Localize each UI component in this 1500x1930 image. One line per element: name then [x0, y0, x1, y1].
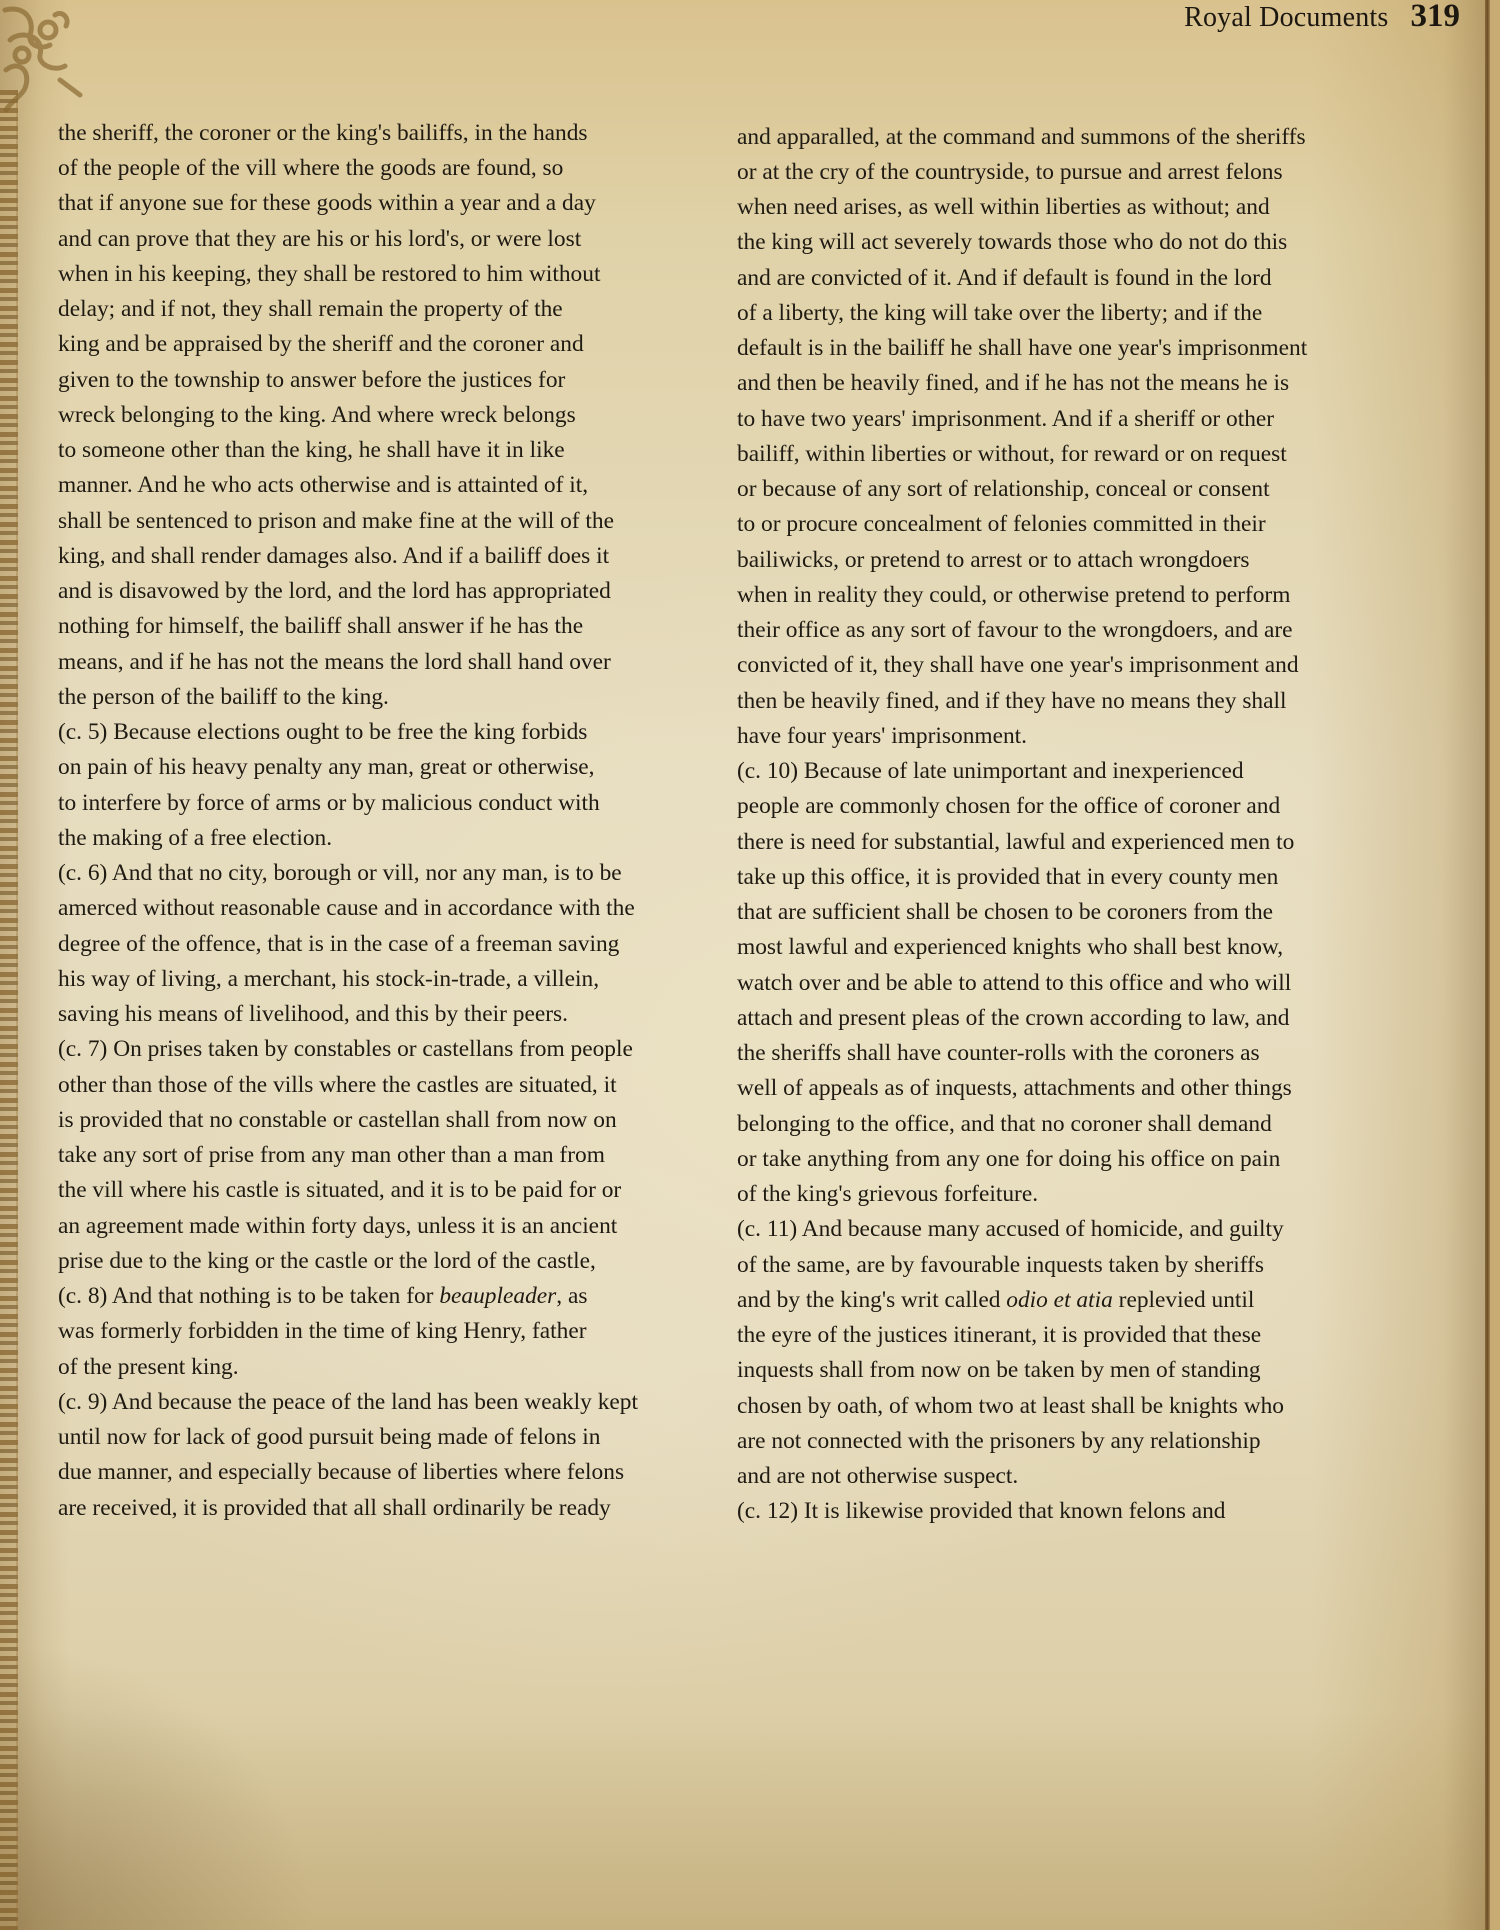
text-line: saving his means of livelihood, and this… [58, 997, 568, 1032]
text-line: there is need for substantial, lawful an… [737, 825, 1294, 860]
text-line: the king will act severely towards those… [737, 225, 1287, 260]
text-line: to or procure concealment of felonies co… [737, 507, 1266, 542]
text-line: of the king's grievous forfeiture. [737, 1177, 1038, 1212]
section-c11-start: (c. 11) And because many accused of homi… [737, 1212, 1284, 1247]
text-line: amerced without reasonable cause and in … [58, 891, 635, 926]
text-run: replevied until [1113, 1287, 1255, 1313]
text-line: when in his keeping, they shall be resto… [58, 257, 600, 292]
text-line: given to the township to answer before t… [58, 363, 565, 398]
text-line: and is disavowed by the lord, and the lo… [58, 574, 611, 609]
page-edge-shadow [1310, 0, 1500, 1930]
text-line: watch over and be able to attend to this… [737, 966, 1291, 1001]
text-run: (c. 8) And that nothing is to be taken f… [58, 1283, 439, 1309]
section-c12-start: (c. 12) It is likewise provided that kno… [737, 1494, 1226, 1529]
section-c10-start: (c. 10) Because of late unimportant and … [737, 754, 1244, 789]
corner-shadow [0, 1480, 600, 1930]
text-line: of a liberty, the king will take over th… [737, 296, 1262, 331]
text-line: bailiff, within liberties or without, fo… [737, 437, 1287, 472]
page-number: 319 [1411, 0, 1461, 35]
text-line: when need arises, as well within liberti… [737, 190, 1270, 225]
page-edge-line [1485, 0, 1490, 1930]
text-line: attach and present pleas of the crown ac… [737, 1001, 1290, 1036]
text-line: that are sufficient shall be chosen to b… [737, 895, 1273, 930]
section-c7-start: (c. 7) On prises taken by constables or … [58, 1032, 633, 1067]
text-line: that if anyone sue for these goods withi… [58, 186, 596, 221]
text-line: to have two years' imprisonment. And if … [737, 402, 1274, 437]
text-line: degree of the offence, that is in the ca… [58, 927, 619, 962]
text-line: chosen by oath, of whom two at least sha… [737, 1389, 1284, 1424]
text-line: delay; and if not, they shall remain the… [58, 292, 563, 327]
text-line: prise due to the king or the castle or t… [58, 1244, 596, 1279]
text-line: have four years' imprisonment. [737, 719, 1027, 754]
text-line: then be heavily fined, and if they have … [737, 684, 1287, 719]
text-line: the sheriff, the coroner or the king's b… [58, 116, 588, 151]
text-line: shall be sentenced to prison and make fi… [58, 504, 614, 539]
section-c8-start: (c. 8) And that nothing is to be taken f… [58, 1279, 587, 1314]
text-line: of the people of the vill where the good… [58, 151, 563, 186]
text-line: inquests shall from now on be taken by m… [737, 1353, 1261, 1388]
text-line: and by the king's writ called odio et at… [737, 1283, 1254, 1318]
text-line: and are not otherwise suspect. [737, 1459, 1018, 1494]
text-line: is provided that no constable or castell… [58, 1103, 617, 1138]
text-line: until now for lack of good pursuit being… [58, 1420, 600, 1455]
text-line: king, and shall render damages also. And… [58, 539, 609, 574]
text-line: an agreement made within forty days, unl… [58, 1209, 617, 1244]
text-line: and can prove that they are his or his l… [58, 222, 581, 257]
text-line: are not connected with the prisoners by … [737, 1424, 1261, 1459]
text-line: convicted of it, they shall have one yea… [737, 648, 1299, 683]
text-line: and apparalled, at the command and summo… [737, 120, 1306, 155]
text-line: the vill where his castle is situated, a… [58, 1173, 621, 1208]
section-c9-start: (c. 9) And because the peace of the land… [58, 1385, 638, 1420]
text-line: wreck belonging to the king. And where w… [58, 398, 576, 433]
text-line: nothing for himself, the bailiff shall a… [58, 609, 583, 644]
italic-term: odio et atia [1006, 1287, 1113, 1313]
text-line: and then be heavily fined, and if he has… [737, 366, 1289, 401]
text-line: other than those of the vills where the … [58, 1068, 617, 1103]
text-line: was formerly forbidden in the time of ki… [58, 1314, 587, 1349]
text-line: or take anything from any one for doing … [737, 1142, 1280, 1177]
text-line: of the same, are by favourable inquests … [737, 1248, 1264, 1283]
document-page: Royal Documents 319 the sheriff, the cor… [0, 0, 1500, 1930]
text-run: , as [556, 1283, 587, 1309]
text-line: manner. And he who acts otherwise and is… [58, 468, 588, 503]
text-line: means, and if he has not the means the l… [58, 645, 611, 680]
text-line: their office as any sort of favour to th… [737, 613, 1293, 648]
text-line: people are commonly chosen for the offic… [737, 789, 1280, 824]
text-line: to someone other than the king, he shall… [58, 433, 565, 468]
text-line: when in reality they could, or otherwise… [737, 578, 1290, 613]
italic-term: beaupleader [439, 1283, 556, 1309]
text-run: and by the king's writ called [737, 1287, 1006, 1313]
section-c5-start: (c. 5) Because elections ought to be fre… [58, 715, 587, 750]
text-line: the person of the bailiff to the king. [58, 680, 389, 715]
text-line: king and be appraised by the sheriff and… [58, 327, 584, 362]
text-line: are received, it is provided that all sh… [58, 1491, 611, 1526]
text-line: and are convicted of it. And if default … [737, 261, 1272, 296]
text-line: of the present king. [58, 1350, 239, 1385]
text-line: well of appeals as of inquests, attachme… [737, 1071, 1292, 1106]
floral-ornament-icon [0, 0, 100, 120]
text-line: on pain of his heavy penalty any man, gr… [58, 750, 595, 785]
text-line: take up this office, it is provided that… [737, 860, 1278, 895]
text-line: the making of a free election. [58, 821, 332, 856]
text-line: the sheriffs shall have counter-rolls wi… [737, 1036, 1260, 1071]
text-line: to interfere by force of arms or by mali… [58, 786, 600, 821]
ornamental-border [0, 90, 18, 1930]
page-edge [1490, 0, 1500, 1930]
text-line: most lawful and experienced knights who … [737, 930, 1283, 965]
text-line: or because of any sort of relationship, … [737, 472, 1270, 507]
running-header: Royal Documents 319 [1184, 0, 1460, 38]
text-line: due manner, and especially because of li… [58, 1455, 624, 1490]
text-line: take any sort of prise from any man othe… [58, 1138, 605, 1173]
text-line: bailiwicks, or pretend to arrest or to a… [737, 543, 1249, 578]
text-line: belonging to the office, and that no cor… [737, 1107, 1272, 1142]
text-line: or at the cry of the countryside, to pur… [737, 155, 1283, 190]
running-title: Royal Documents [1184, 2, 1388, 34]
text-line: the eyre of the justices itinerant, it i… [737, 1318, 1261, 1353]
text-line: his way of living, a merchant, his stock… [58, 962, 599, 997]
section-c6-start: (c. 6) And that no city, borough or vill… [58, 856, 622, 891]
text-line: default is in the bailiff he shall have … [737, 331, 1307, 366]
